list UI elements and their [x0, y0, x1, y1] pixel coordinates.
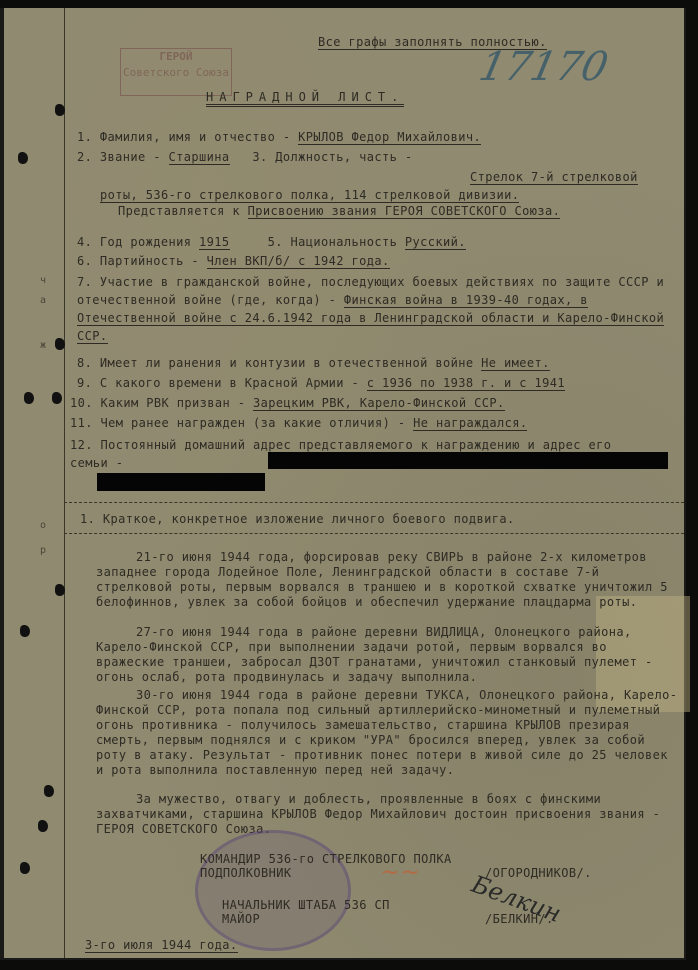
nomination: Представляется к Присвоению звания ГЕРОЯ…	[118, 204, 560, 218]
hero-stamp: ГЕРОЙ Советского Союза	[120, 48, 232, 96]
field-7: 7. Участие в гражданской войне, последую…	[77, 273, 677, 345]
section-heading: 1. Краткое, конкретное изложение личного…	[80, 512, 515, 526]
field-10: 10. Каким РВК призван - Зарецким РВК, Ка…	[70, 396, 505, 410]
field-4-5: 4. Год рождения 1915 5. Национальность Р…	[77, 235, 466, 249]
document-title: НАГРАДНОЙ ЛИСТ.	[206, 90, 404, 107]
binding-hole	[52, 392, 62, 404]
binding-hole	[38, 820, 48, 832]
section-divider	[64, 533, 684, 534]
binding-hole	[55, 584, 65, 596]
binding-hole	[20, 862, 30, 874]
stamp-line2: Советского Союза	[121, 65, 231, 81]
scan-border-bottom	[0, 960, 698, 970]
official-seal	[195, 830, 351, 951]
scan-border-right	[686, 0, 698, 970]
field-3-value: Стрелок 7-й стрелковой роты, 536-го стре…	[100, 168, 680, 204]
margin-rule	[64, 8, 65, 958]
narrative-conclusion: За мужество, отвагу и доблесть, проявлен…	[96, 792, 678, 837]
field-6: 6. Партийность - Член ВКП/б/ с 1942 года…	[77, 254, 390, 268]
narrative-paragraph-2: 27-го июня 1944 года в районе деревни ВИ…	[96, 625, 678, 685]
binding-hole	[55, 338, 65, 350]
narrative-paragraph-1: 21-го июня 1944 года, форсировав реку СВ…	[96, 550, 678, 610]
field-2-3: 2. Звание - Старшина 3. Должность, часть…	[77, 150, 413, 164]
margin-mark: а	[40, 295, 46, 306]
field-8: 8. Имеет ли ранения и контузии в отечест…	[77, 356, 550, 370]
redacted-address	[97, 473, 265, 491]
margin-mark: о	[40, 520, 46, 531]
binding-hole	[20, 625, 30, 637]
section-divider	[64, 502, 684, 503]
stamp-line1: ГЕРОЙ	[121, 49, 231, 65]
document-date: 3-го июля 1944 года.	[85, 938, 238, 953]
chief-of-staff-title: НАЧАЛЬНИК ШТАБА 536 СП	[222, 898, 390, 912]
scan-border-top	[0, 0, 698, 8]
field-11: 11. Чем ранее награжден (за какие отличи…	[70, 416, 527, 430]
binding-hole	[18, 152, 28, 164]
margin-mark: ч	[40, 275, 46, 286]
margin-mark: р	[40, 545, 46, 556]
redacted-address	[268, 452, 668, 469]
margin-mark: ж	[40, 340, 46, 351]
field-1: 1. Фамилия, имя и отчество - КРЫЛОВ Федо…	[77, 130, 481, 144]
chief-of-staff-rank: МАЙОР	[222, 912, 260, 926]
binding-hole	[44, 785, 54, 797]
field-9: 9. С какого времени в Красной Армии - с …	[77, 376, 565, 390]
commander-title: КОМАНДИР 536-го СТРЕЛКОВОГО ПОЛКА	[200, 852, 452, 866]
binding-hole	[55, 104, 65, 116]
commander-rank: ПОДПОЛКОВНИК	[200, 866, 292, 880]
binding-hole	[24, 392, 34, 404]
narrative-paragraph-3: 30-го июня 1944 года в районе деревни ТУ…	[96, 688, 678, 778]
registration-number: 17170	[475, 44, 612, 90]
